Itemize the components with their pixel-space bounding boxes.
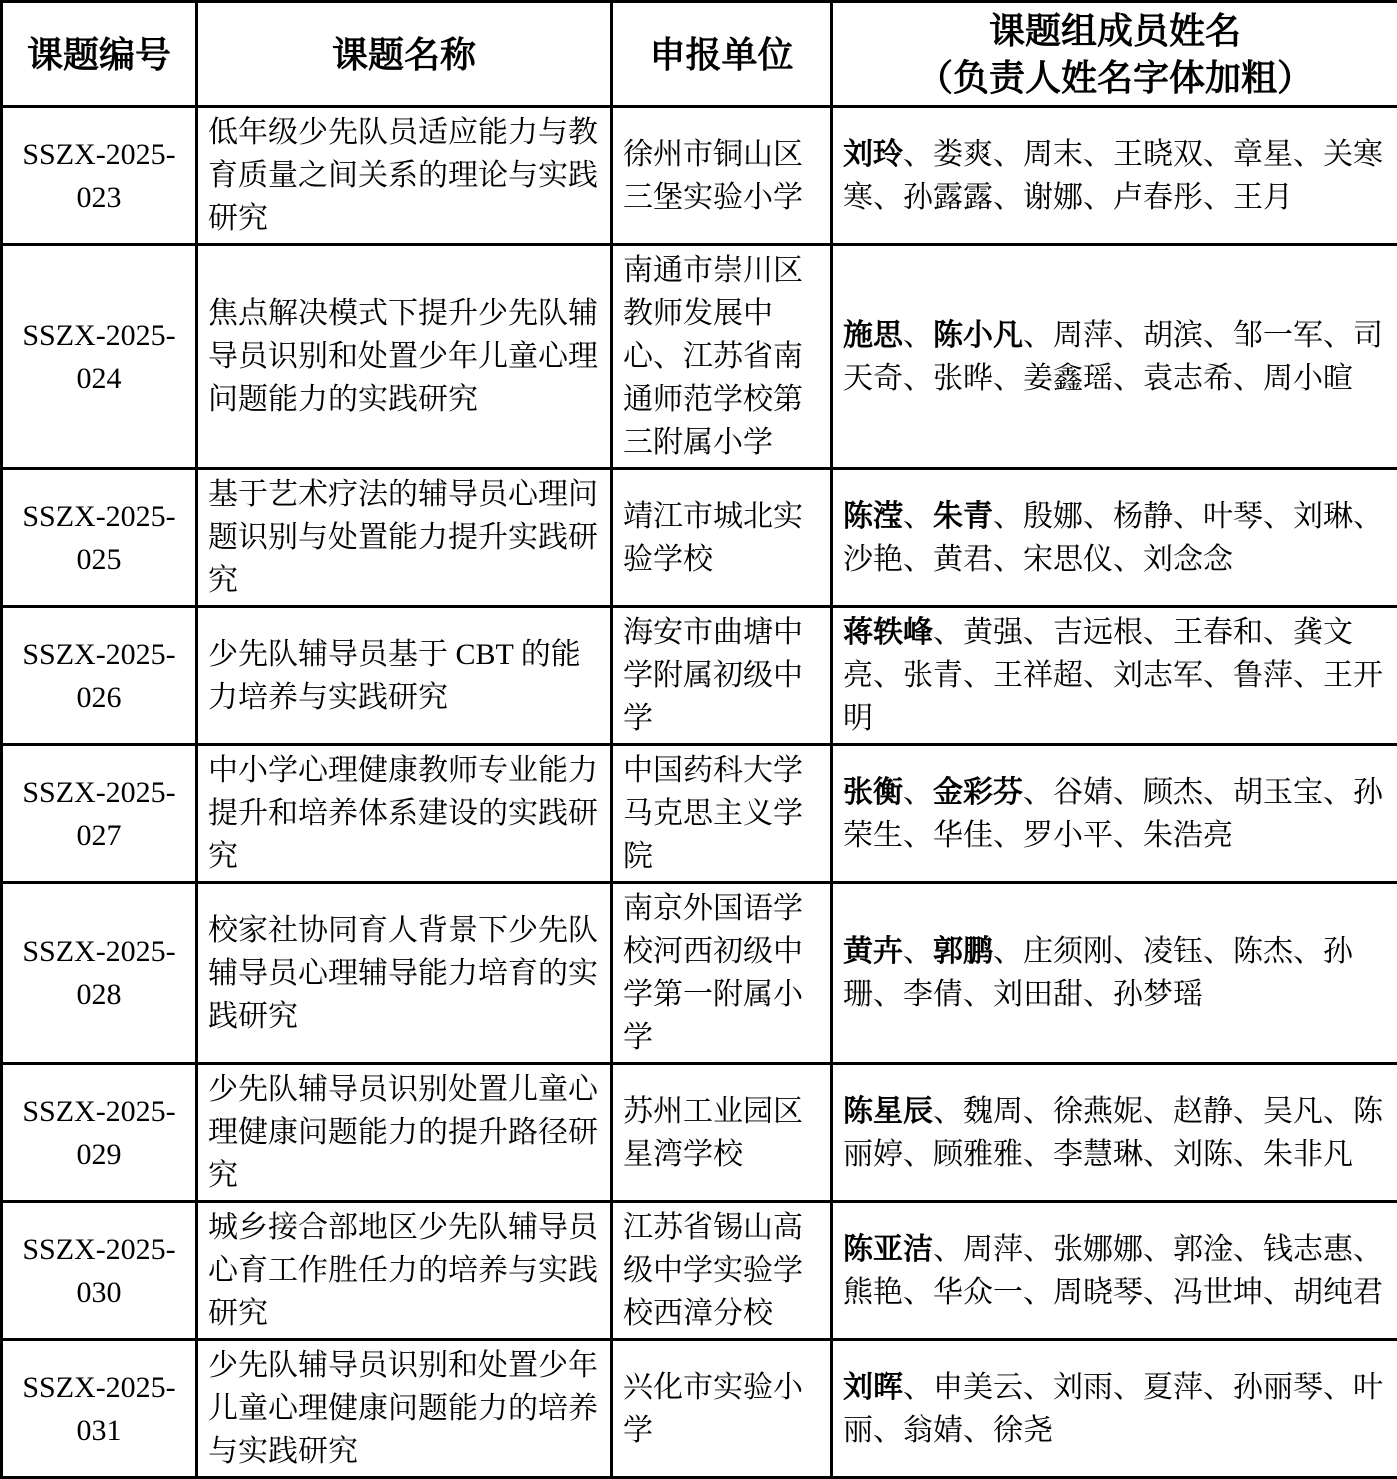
col-header-institution: 申报单位: [612, 2, 832, 107]
project-code-cell: SSZX-2025-030: [2, 1202, 197, 1340]
col-header-project-code: 课题编号: [2, 2, 197, 107]
project-title-cell: 校家社协同育人背景下少先队辅导员心理辅导能力培育的实践研究: [197, 883, 612, 1064]
member-name: 顾雅雅: [933, 1138, 1023, 1171]
project-title-cell: 城乡接合部地区少先队辅导员心育工作胜任力的培养与实践研究: [197, 1202, 612, 1340]
project-code-cell: SSZX-2025-027: [2, 745, 197, 883]
member-name: 胡玉宝: [1233, 776, 1323, 809]
member-name: 郭淦: [1173, 1233, 1233, 1266]
member-name: 周萍: [963, 1233, 1023, 1266]
member-name: 刘琳: [1293, 500, 1353, 533]
member-name: 周萍: [1053, 319, 1113, 352]
table-row: SSZX-2025-030城乡接合部地区少先队辅导员心育工作胜任力的培养与实践研…: [2, 1202, 1397, 1340]
member-name: 沙艳: [843, 543, 903, 576]
member-name: 杨静: [1113, 500, 1173, 533]
member-name-leader: 金彩芬: [933, 776, 1023, 809]
member-name: 叶琴: [1203, 500, 1263, 533]
institution-cell: 南通市崇川区教师发展中心、江苏省南通师范学校第三附属小学: [612, 245, 832, 469]
member-name: 赵静: [1173, 1095, 1233, 1128]
member-name-leader: 陈滢: [843, 500, 903, 533]
project-code-cell: SSZX-2025-029: [2, 1064, 197, 1202]
member-name: 黄君: [933, 543, 993, 576]
member-name: 熊艳: [843, 1276, 903, 1309]
member-name: 孙梦瑶: [1113, 978, 1203, 1011]
member-name: 卢春彤: [1113, 181, 1203, 214]
member-name: 宋思仪: [1023, 543, 1113, 576]
institution-cell: 南京外国语学校河西初级中学第一附属小学: [612, 883, 832, 1064]
member-name: 王祥超: [993, 659, 1083, 692]
project-code-cell: SSZX-2025-028: [2, 883, 197, 1064]
member-name-leader: 朱青: [933, 500, 993, 533]
member-name: 邹一军: [1233, 319, 1323, 352]
member-name: 钱志惠: [1263, 1233, 1353, 1266]
member-name: 胡滨: [1143, 319, 1203, 352]
member-name: 顾杰: [1143, 776, 1203, 809]
table-row: SSZX-2025-024焦点解决模式下提升少先队辅导员识别和处置少年儿童心理问…: [2, 245, 1397, 469]
table-row: SSZX-2025-026少先队辅导员基于 CBT 的能力培养与实践研究海安市曲…: [2, 607, 1397, 745]
member-name-leader: 陈小凡: [933, 319, 1023, 352]
member-name: 周小暄: [1263, 362, 1353, 395]
member-name-leader: 张衡: [843, 776, 903, 809]
member-name: 申美云: [933, 1371, 1023, 1404]
members-cell: 刘晖、申美云、刘雨、夏萍、孙丽琴、叶丽、翁婧、徐尧: [832, 1340, 1397, 1478]
member-name: 凌钰: [1143, 935, 1203, 968]
member-name: 黄强: [963, 616, 1023, 649]
member-name-leader: 郭鹏: [933, 935, 993, 968]
member-name-leader: 施思: [843, 319, 903, 352]
project-code-cell: SSZX-2025-024: [2, 245, 197, 469]
member-name: 刘志军: [1113, 659, 1203, 692]
member-name-leader: 蒋轶峰: [843, 616, 933, 649]
col-header-project-title: 课题名称: [197, 2, 612, 107]
member-name-leader: 陈亚洁: [843, 1233, 933, 1266]
project-code-cell: SSZX-2025-026: [2, 607, 197, 745]
member-name: 华佳: [933, 819, 993, 852]
member-name: 罗小平: [1023, 819, 1113, 852]
table-row: SSZX-2025-028校家社协同育人背景下少先队辅导员心理辅导能力培育的实践…: [2, 883, 1397, 1064]
member-name: 翁婧: [903, 1414, 963, 1447]
project-title-cell: 少先队辅导员基于 CBT 的能力培养与实践研究: [197, 607, 612, 745]
member-name: 张娜娜: [1053, 1233, 1143, 1266]
members-cell: 张衡、金彩芬、谷婧、顾杰、胡玉宝、孙荣生、华佳、罗小平、朱浩亮: [832, 745, 1397, 883]
institution-cell: 江苏省锡山高级中学实验学校西漳分校: [612, 1202, 832, 1340]
project-title-cell: 少先队辅导员识别处置儿童心理健康问题能力的提升路径研究: [197, 1064, 612, 1202]
member-name: 陈杰: [1233, 935, 1293, 968]
members-cell: 施思、陈小凡、周萍、胡滨、邹一军、司天奇、张晔、姜鑫瑶、袁志希、周小暄: [832, 245, 1397, 469]
member-name: 刘雨: [1053, 1371, 1113, 1404]
member-name: 王春和: [1173, 616, 1263, 649]
project-title-cell: 焦点解决模式下提升少先队辅导员识别和处置少年儿童心理问题能力的实践研究: [197, 245, 612, 469]
table-row: SSZX-2025-029少先队辅导员识别处置儿童心理健康问题能力的提升路径研究…: [2, 1064, 1397, 1202]
member-name: 张青: [903, 659, 963, 692]
member-name: 徐尧: [993, 1414, 1053, 1447]
member-name: 孙丽琴: [1233, 1371, 1323, 1404]
member-name: 李倩: [903, 978, 963, 1011]
member-name: 周晓琴: [1053, 1276, 1143, 1309]
members-cell: 陈星辰、魏周、徐燕妮、赵静、吴凡、陈丽婷、顾雅雅、李慧琳、刘陈、朱非凡: [832, 1064, 1397, 1202]
col-header-members: 课题组成员姓名 （负责人姓名字体加粗）: [832, 2, 1397, 107]
member-name: 周末: [1023, 138, 1083, 171]
member-name: 朱非凡: [1263, 1138, 1353, 1171]
member-name: 魏周: [963, 1095, 1023, 1128]
project-code-cell: SSZX-2025-023: [2, 107, 197, 245]
member-name: 庄须刚: [1023, 935, 1113, 968]
member-name: 李慧琳: [1053, 1138, 1143, 1171]
member-name: 王晓双: [1113, 138, 1203, 171]
members-cell: 陈亚洁、周萍、张娜娜、郭淦、钱志惠、熊艳、华众一、周晓琴、冯世坤、胡纯君: [832, 1202, 1397, 1340]
project-title-cell: 少先队辅导员识别和处置少年儿童心理健康问题能力的培养与实践研究: [197, 1340, 612, 1478]
projects-table: 课题编号 课题名称 申报单位 课题组成员姓名 （负责人姓名字体加粗） SSZX-…: [0, 0, 1397, 1479]
table-row: SSZX-2025-031少先队辅导员识别和处置少年儿童心理健康问题能力的培养与…: [2, 1340, 1397, 1478]
member-name-leader: 刘晖: [843, 1371, 903, 1404]
member-name-leader: 黄卉: [843, 935, 903, 968]
member-name: 殷娜: [1023, 500, 1083, 533]
member-name: 刘田甜: [993, 978, 1083, 1011]
institution-cell: 海安市曲塘中学附属初级中学: [612, 607, 832, 745]
member-name: 袁志希: [1143, 362, 1233, 395]
project-title-cell: 中小学心理健康教师专业能力提升和培养体系建设的实践研究: [197, 745, 612, 883]
member-name-leader: 陈星辰: [843, 1095, 933, 1128]
member-name: 谷婧: [1053, 776, 1113, 809]
member-name: 华众一: [933, 1276, 1023, 1309]
member-name: 姜鑫瑶: [1023, 362, 1113, 395]
member-name: 朱浩亮: [1143, 819, 1233, 852]
member-name: 夏萍: [1143, 1371, 1203, 1404]
table-row: SSZX-2025-023低年级少先队员适应能力与教育质量之间关系的理论与实践研…: [2, 107, 1397, 245]
members-cell: 刘玲、娄爽、周末、王晓双、章星、关寒寒、孙露露、谢娜、卢春彤、王月: [832, 107, 1397, 245]
member-name: 章星: [1233, 138, 1293, 171]
member-name: 谢娜: [1023, 181, 1083, 214]
member-name: 吴凡: [1263, 1095, 1323, 1128]
project-title-cell: 基于艺术疗法的辅导员心理问题识别与处置能力提升实践研究: [197, 469, 612, 607]
member-name: 刘陈: [1173, 1138, 1233, 1171]
table-row: SSZX-2025-025基于艺术疗法的辅导员心理问题识别与处置能力提升实践研究…: [2, 469, 1397, 607]
table-row: SSZX-2025-027中小学心理健康教师专业能力提升和培养体系建设的实践研究…: [2, 745, 1397, 883]
member-name: 王月: [1233, 181, 1293, 214]
member-name: 张晔: [933, 362, 993, 395]
member-name-leader: 刘玲: [843, 138, 903, 171]
institution-cell: 苏州工业园区星湾学校: [612, 1064, 832, 1202]
member-name: 冯世坤: [1173, 1276, 1263, 1309]
members-cell: 陈滢、朱青、殷娜、杨静、叶琴、刘琳、沙艳、黄君、宋思仪、刘念念: [832, 469, 1397, 607]
member-name: 刘念念: [1143, 543, 1233, 576]
project-code-cell: SSZX-2025-031: [2, 1340, 197, 1478]
member-name: 吉远根: [1053, 616, 1143, 649]
member-name: 娄爽: [933, 138, 993, 171]
members-cell: 蒋轶峰、黄强、吉远根、王春和、龚文亮、张青、王祥超、刘志军、鲁萍、王开明: [832, 607, 1397, 745]
institution-cell: 靖江市城北实验学校: [612, 469, 832, 607]
member-name: 胡纯君: [1293, 1276, 1383, 1309]
project-title-cell: 低年级少先队员适应能力与教育质量之间关系的理论与实践研究: [197, 107, 612, 245]
institution-cell: 徐州市铜山区三堡实验小学: [612, 107, 832, 245]
table-body: SSZX-2025-023低年级少先队员适应能力与教育质量之间关系的理论与实践研…: [2, 107, 1397, 1478]
member-name: 孙露露: [903, 181, 993, 214]
member-name: 鲁萍: [1233, 659, 1293, 692]
header-row: 课题编号 课题名称 申报单位 课题组成员姓名 （负责人姓名字体加粗）: [2, 2, 1397, 107]
project-code-cell: SSZX-2025-025: [2, 469, 197, 607]
member-name: 徐燕妮: [1053, 1095, 1143, 1128]
institution-cell: 中国药科大学马克思主义学院: [612, 745, 832, 883]
members-cell: 黄卉、郭鹏、庄须刚、凌钰、陈杰、孙珊、李倩、刘田甜、孙梦瑶: [832, 883, 1397, 1064]
institution-cell: 兴化市实验小学: [612, 1340, 832, 1478]
